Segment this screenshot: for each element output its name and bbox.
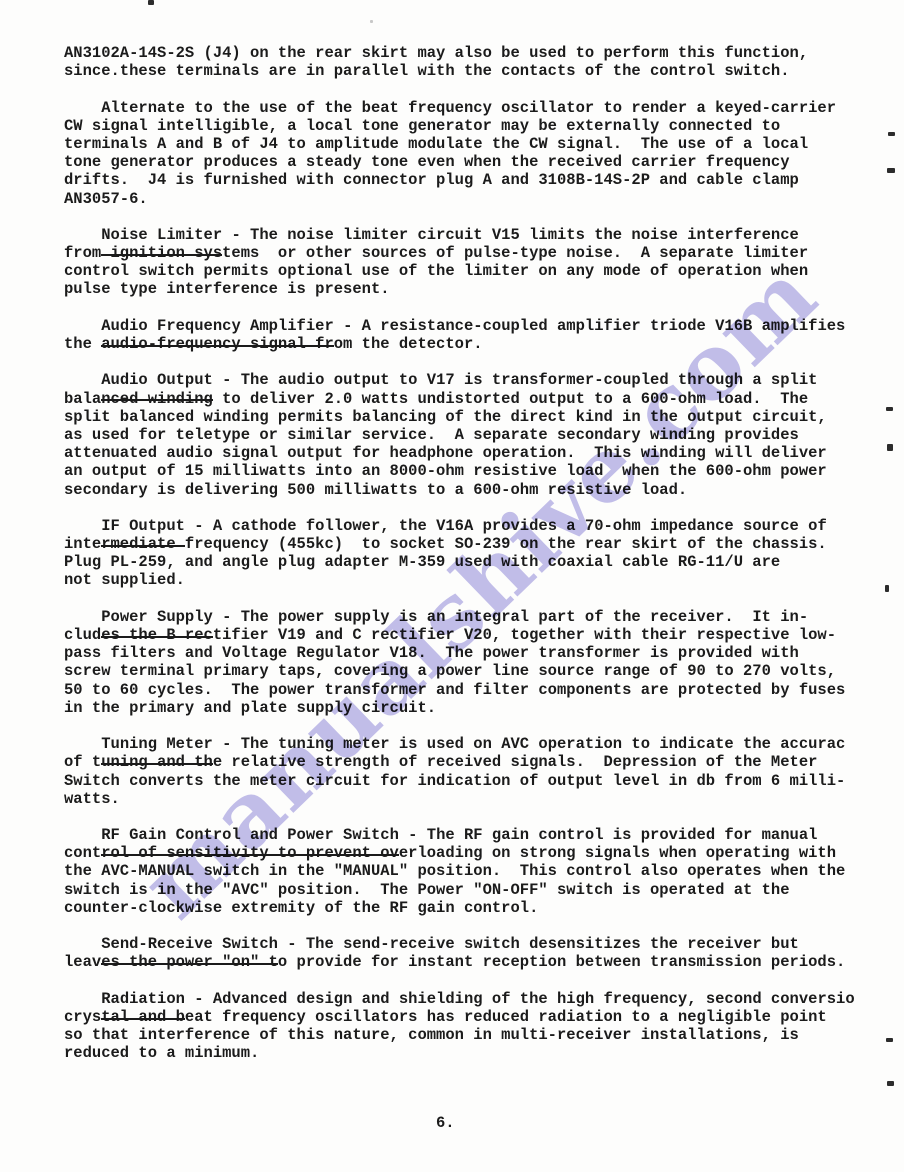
scan-speck: [887, 1081, 894, 1086]
text-line: of tuning and the relative strength of r…: [64, 753, 864, 771]
text-line: so that interference of this nature, com…: [64, 1026, 864, 1044]
paragraph: Audio Frequency Amplifier - A resistance…: [64, 317, 864, 353]
text-line: terminals A and B of J4 to amplitude mod…: [64, 135, 864, 153]
text-line: intermediate frequency (455kc) to socket…: [64, 535, 864, 553]
page-number: 6.: [436, 1114, 455, 1132]
text-line: cludes the B rectifier V19 and C rectifi…: [64, 626, 864, 644]
text-line: Audio Frequency Amplifier - A resistance…: [64, 317, 864, 335]
text-line: control switch permits optional use of t…: [64, 262, 864, 280]
scan-speck: [370, 20, 373, 23]
text-line: Switch converts the meter circuit for in…: [64, 772, 864, 790]
paragraph: AN3102A-14S-2S (J4) on the rear skirt ma…: [64, 44, 864, 80]
paragraph: Noise Limiter - The noise limiter circui…: [64, 226, 864, 299]
text-line: switch is in the "AVC" position. The Pow…: [64, 881, 864, 899]
text-line: AN3057-6.: [64, 190, 864, 208]
text-line: Tuning Meter - The tuning meter is used …: [64, 735, 864, 753]
text-line: balanced winding to deliver 2.0 watts un…: [64, 390, 864, 408]
text-line: as used for teletype or similar service.…: [64, 426, 864, 444]
text-line: tone generator produces a steady tone ev…: [64, 153, 864, 171]
text-line: split balanced winding permits balancing…: [64, 408, 864, 426]
text-line: counter-clockwise extremity of the RF ga…: [64, 899, 864, 917]
text-line: IF Output - A cathode follower, the V16A…: [64, 517, 864, 535]
text-line: in the primary and plate supply circuit.: [64, 699, 864, 717]
text-line: the AVC-MANUAL switch in the "MANUAL" po…: [64, 862, 864, 880]
text-line: secondary is delivering 500 milliwatts t…: [64, 481, 864, 499]
text-line: screw terminal primary taps, covering a …: [64, 662, 864, 680]
text-line: the audio-frequency signal from the dete…: [64, 335, 864, 353]
text-line: leaves the power "on" to provide for ins…: [64, 953, 864, 971]
paragraph: Audio Output - The audio output to V17 i…: [64, 371, 864, 498]
text-line: Audio Output - The audio output to V17 i…: [64, 371, 864, 389]
paragraph: Power Supply - The power supply is an in…: [64, 608, 864, 717]
text-line: drifts. J4 is furnished with connector p…: [64, 171, 864, 189]
text-line: Plug PL-259, and angle plug adapter M-35…: [64, 553, 864, 571]
scanned-page: AN3102A-14S-2S (J4) on the rear skirt ma…: [0, 0, 904, 1172]
scan-speck: [887, 444, 893, 451]
scan-speck: [887, 168, 895, 173]
text-line: an output of 15 milliwatts into an 8000-…: [64, 462, 864, 480]
text-line: Alternate to the use of the beat frequen…: [64, 99, 864, 117]
text-line: RF Gain Control and Power Switch - The R…: [64, 826, 864, 844]
text-line: AN3102A-14S-2S (J4) on the rear skirt ma…: [64, 44, 864, 62]
text-line: 50 to 60 cycles. The power transformer a…: [64, 681, 864, 699]
text-line: CW signal intelligible, a local tone gen…: [64, 117, 864, 135]
paragraph: Send-Receive Switch - The send-receive s…: [64, 935, 864, 971]
text-line: pass filters and Voltage Regulator V18. …: [64, 644, 864, 662]
text-line: control of sensitivity to prevent overlo…: [64, 844, 864, 862]
text-line: watts.: [64, 790, 864, 808]
text-line: Radiation - Advanced design and shieldin…: [64, 990, 864, 1008]
paragraph: Alternate to the use of the beat frequen…: [64, 99, 864, 208]
text-line: Power Supply - The power supply is an in…: [64, 608, 864, 626]
scan-speck: [885, 585, 889, 592]
paragraph: Radiation - Advanced design and shieldin…: [64, 990, 864, 1063]
document-text: AN3102A-14S-2S (J4) on the rear skirt ma…: [64, 44, 864, 1081]
text-line: pulse type interference is present.: [64, 280, 864, 298]
scan-speck: [886, 1038, 893, 1042]
text-line: not supplied.: [64, 571, 864, 589]
paragraph: RF Gain Control and Power Switch - The R…: [64, 826, 864, 917]
scan-speck: [886, 407, 893, 411]
text-line: from ignition systems or other sources o…: [64, 244, 864, 262]
text-line: since.these terminals are in parallel wi…: [64, 62, 864, 80]
scan-speck: [148, 0, 154, 5]
scan-speck: [888, 132, 895, 136]
paragraph: IF Output - A cathode follower, the V16A…: [64, 517, 864, 590]
paragraph: Tuning Meter - The tuning meter is used …: [64, 735, 864, 808]
text-line: Noise Limiter - The noise limiter circui…: [64, 226, 864, 244]
text-line: crystal and beat frequency oscillators h…: [64, 1008, 864, 1026]
text-line: attenuated audio signal output for headp…: [64, 444, 864, 462]
text-line: Send-Receive Switch - The send-receive s…: [64, 935, 864, 953]
text-line: reduced to a minimum.: [64, 1044, 864, 1062]
